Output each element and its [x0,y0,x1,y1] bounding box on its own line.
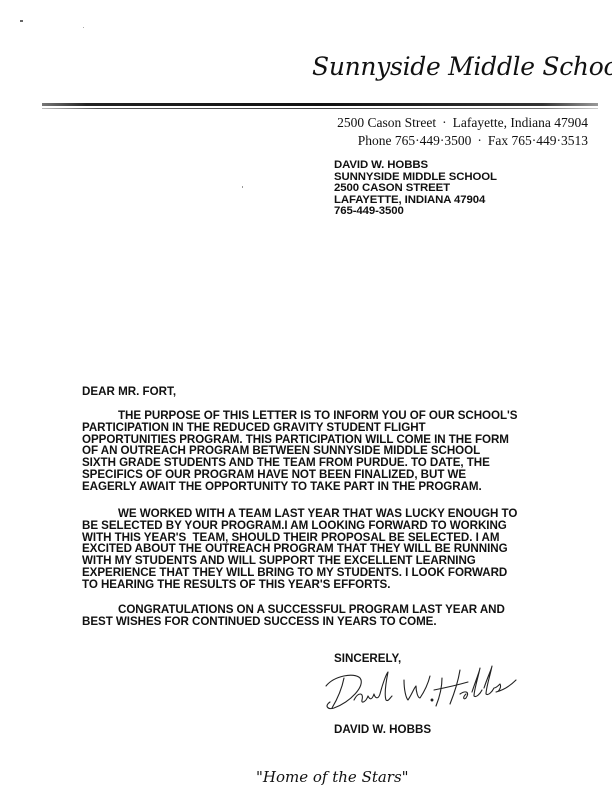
letterhead-contact-line: Phone 765·449·3500·Fax 765·449·3513 [337,132,588,150]
paragraph-line: EXPERIENCE THAT THEY WILL BRING TO MY ST… [82,567,562,579]
letterhead-rule-thin [42,108,598,109]
scan-speck [20,20,23,22]
letterhead-fax: Fax 765·449·3513 [488,133,588,148]
body-paragraph-3: CONGRATULATIONS ON A SUCCESSFUL PROGRAM … [82,604,562,628]
letterhead-street-line: 2500 Cason Street·Lafayette, Indiana 479… [337,114,588,132]
paragraph-line: PARTICIPATION IN THE REDUCED GRAVITY STU… [82,422,562,434]
letterhead-rule [42,103,598,106]
signer-name: DAVID W. HOBBS [334,723,431,736]
school-motto: "Home of the Stars" [256,768,409,786]
scan-speck [242,186,243,188]
body-paragraph-2: WE WORKED WITH A TEAM LAST YEAR THAT WAS… [82,508,562,591]
letterhead-address: 2500 Cason Street·Lafayette, Indiana 479… [337,114,588,150]
salutation: DEAR MR. FORT, [82,385,176,398]
school-name-logo: Sunnyside Middle School [312,52,602,81]
sender-address-block: DAVID W. HOBBS SUNNYSIDE MIDDLE SCHOOL 2… [334,160,497,218]
paragraph-line: SPECIFICS OF OUR PROGRAM HAVE NOT BEEN F… [82,469,562,481]
letterhead-street: 2500 Cason Street [337,115,436,130]
letterhead-city: Lafayette, Indiana 47904 [453,115,588,130]
sender-line: 765-449-3500 [334,206,497,218]
paragraph-line: BE SELECTED BY YOUR PROGRAM.I AM LOOKING… [82,520,562,532]
paragraph-line: EAGERLY AWAIT THE OPPORTUNITY TO TAKE PA… [82,481,562,493]
sender-line: DAVID W. HOBBS [334,160,497,172]
paragraph-line: BEST WISHES FOR CONTINUED SUCCESS IN YEA… [82,616,562,628]
handwritten-signature: David W. Hobbs [320,664,530,714]
scan-speck [83,27,84,28]
letterhead-phone: Phone 765·449·3500 [358,133,472,148]
separator-dot: · [477,132,482,150]
paragraph-line: TO HEARING THE RESULTS OF THIS YEAR'S EF… [82,579,562,591]
body-paragraph-1: THE PURPOSE OF THIS LETTER IS TO INFORM … [82,410,562,493]
separator-dot: · [442,114,447,132]
